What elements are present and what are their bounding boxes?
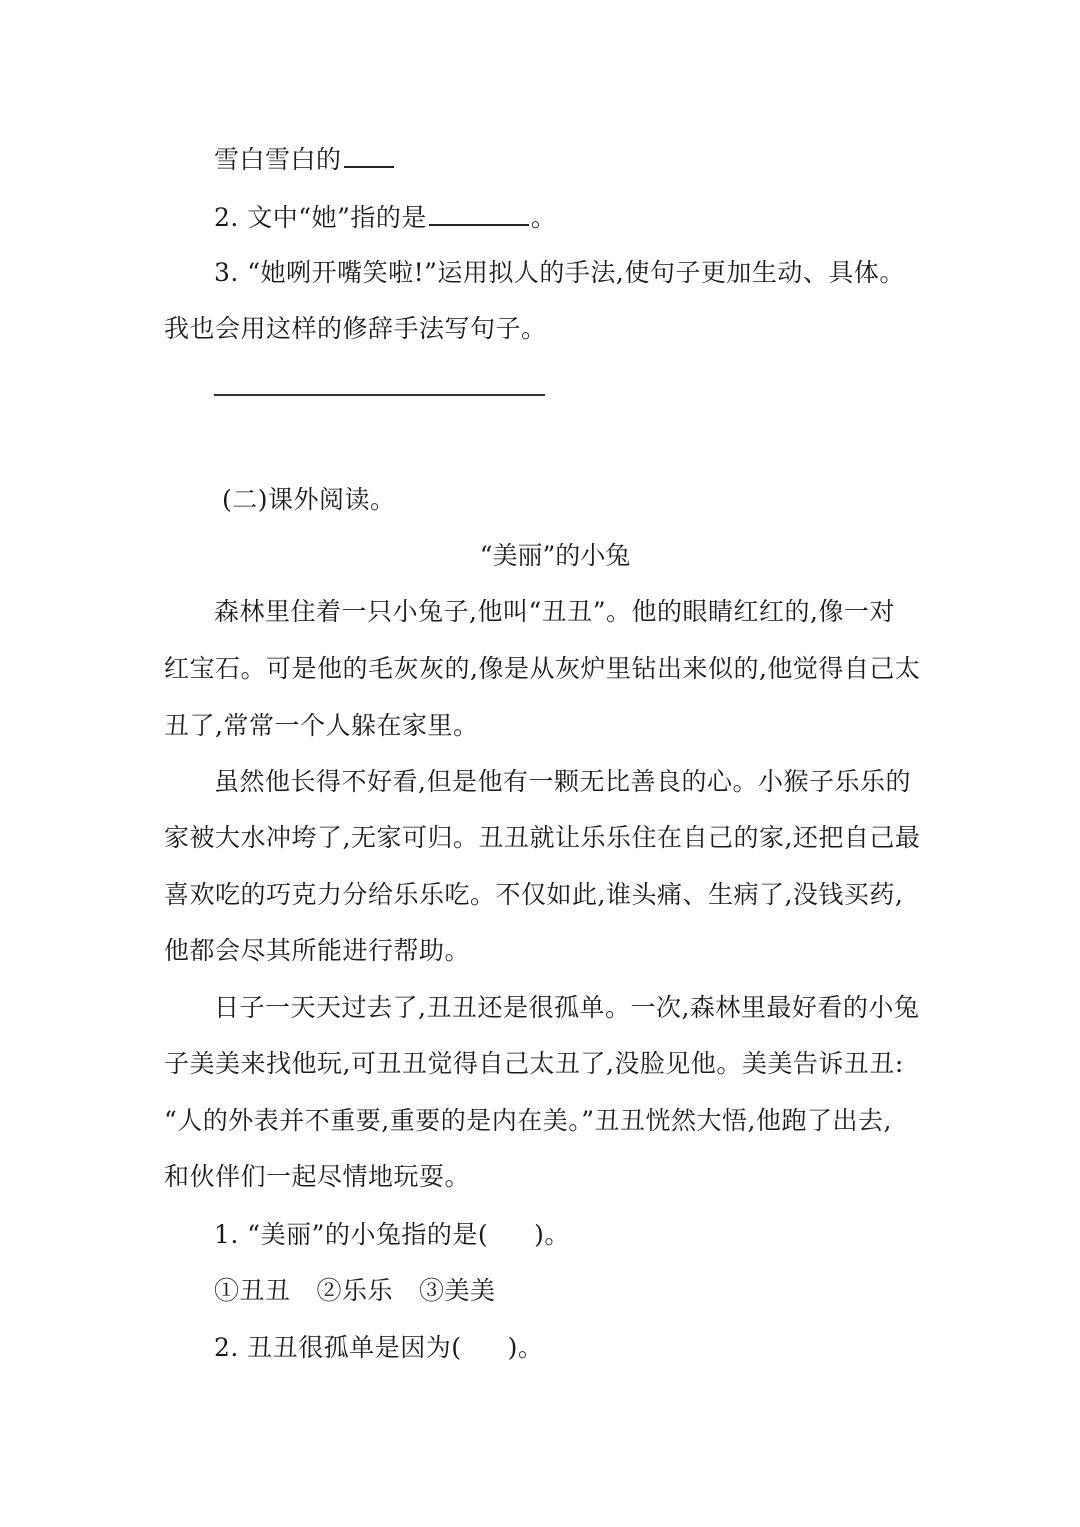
question-2-suffix: 。 <box>531 203 557 232</box>
reading-question-1-options: ①丑丑②乐乐③美美 <box>214 1275 522 1307</box>
reading-question-2: 2. 丑丑很孤单是因为()。 <box>214 1332 543 1364</box>
question-2-answer-blank[interactable] <box>429 202 529 226</box>
paragraph-2-line-4: 他都会尽其所能进行帮助。 <box>164 935 470 967</box>
option-3: ③美美 <box>419 1276 496 1305</box>
section-heading: (二)课外阅读。 <box>222 484 396 516</box>
paragraph-2-line-3: 喜欢吃的巧克力分给乐乐吃。不仅如此,谁头痛、生病了,没钱买药, <box>164 879 903 911</box>
fill-blank-line: 雪白雪白的 <box>214 144 396 176</box>
reading-question-1: 1. “美丽”的小兔指的是()。 <box>214 1219 570 1251</box>
question-3-line-1: 3. “她咧开嘴笑啦!”运用拟人的手法,使句子更加生动、具体。 <box>214 257 905 289</box>
paragraph-1-line-3: 丑了,常常一个人躲在家里。 <box>164 710 478 742</box>
reading-question-2-suffix: )。 <box>508 1333 544 1362</box>
paragraph-2-line-1: 虽然他长得不好看,但是他有一颗无比善良的心。小猴子乐乐的 <box>214 766 911 798</box>
paragraph-3-line-2: 子美美来找他玩,可丑丑觉得自己太丑了,没脸见他。美美告诉丑丑: <box>164 1048 904 1080</box>
question-3-line-2: 我也会用这样的修辞手法写句子。 <box>164 313 547 345</box>
option-2: ②乐乐 <box>317 1276 394 1305</box>
option-1: ①丑丑 <box>214 1276 291 1305</box>
paragraph-3-line-4: 和伙伴们一起尽情地玩耍。 <box>164 1161 470 1193</box>
question-3-answer-line[interactable] <box>214 394 545 396</box>
paragraph-1-line-2: 红宝石。可是他的毛灰灰的,像是从灰炉里钻出来似的,他觉得自己太 <box>164 653 920 685</box>
paragraph-3-line-3: “人的外表并不重要,重要的是内在美。”丑丑恍然大悟,他跑了出去, <box>164 1105 892 1137</box>
fill-blank-prefix: 雪白雪白的 <box>214 145 342 174</box>
paragraph-2-line-2: 家被大水冲垮了,无家可归。丑丑就让乐乐住在自己的家,还把自己最 <box>164 822 920 854</box>
story-title: “美丽”的小兔 <box>0 540 1080 572</box>
paragraph-3-line-1: 日子一天天过去了,丑丑还是很孤单。一次,森林里最好看的小兔 <box>214 992 919 1024</box>
question-2-line: 2. 文中“她”指的是。 <box>214 202 556 234</box>
paragraph-1-line-1: 森林里住着一只小兔子,他叫“丑丑”。他的眼睛红红的,像一对 <box>214 596 895 628</box>
question-2-text: 2. 文中“她”指的是 <box>214 203 427 232</box>
reading-question-2-text: 2. 丑丑很孤单是因为( <box>214 1333 462 1362</box>
reading-question-1-text: 1. “美丽”的小兔指的是( <box>214 1220 488 1249</box>
fill-blank-answer[interactable] <box>344 144 394 168</box>
reading-question-1-suffix: )。 <box>534 1220 570 1249</box>
